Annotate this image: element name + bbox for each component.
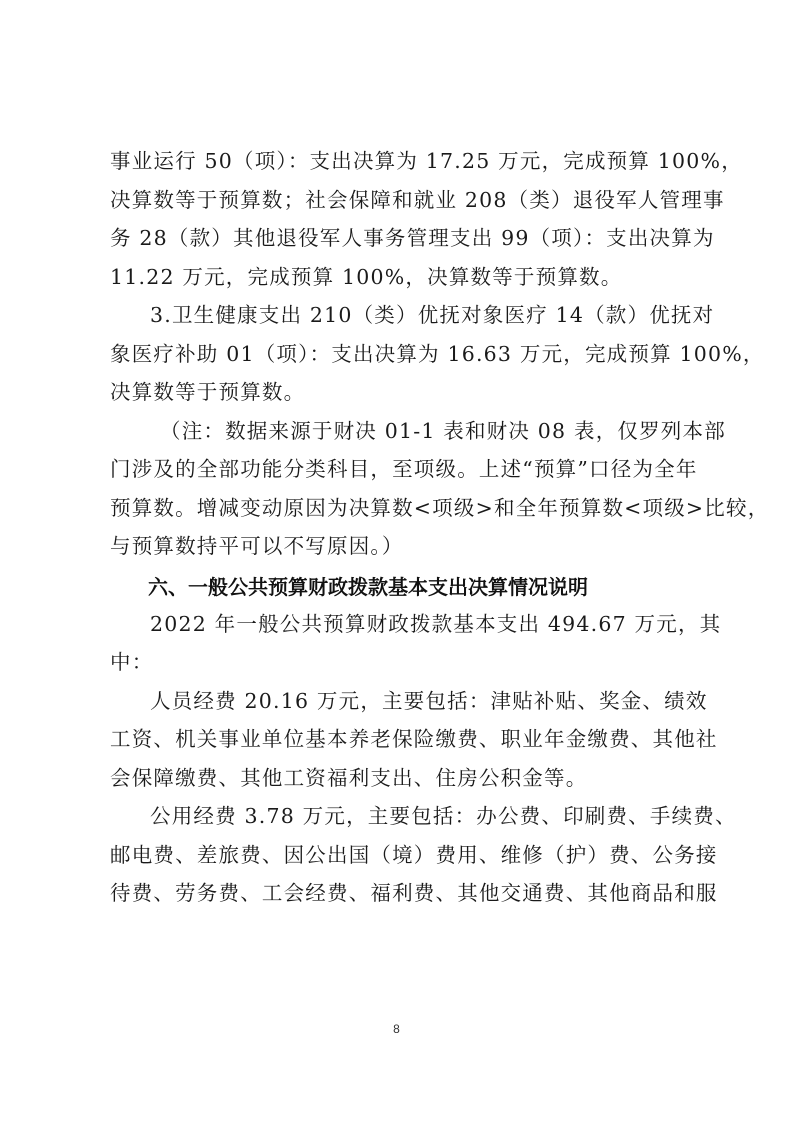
text-line: 公用经费 3.78 万元，主要包括：办公费、印刷费、手续费、 <box>110 797 714 836</box>
page-body: 事业运行 50（项）：支出决算为 17.25 万元，完成预算 100%， 决算数… <box>110 142 714 913</box>
text-line: 决算数等于预算数；社会保障和就业 208（类）退役军人管理事 <box>110 181 714 220</box>
text-line: 决算数等于预算数。 <box>110 373 714 412</box>
paragraph-public-expense: 公用经费 3.78 万元，主要包括：办公费、印刷费、手续费、 邮电费、差旅费、因… <box>110 797 714 913</box>
paragraph-summary: 2022 年一般公共预算财政拨款基本支出 494.67 万元，其 中： <box>110 605 714 682</box>
text-line: 会保障缴费、其他工资福利支出、住房公积金等。 <box>110 759 714 798</box>
document-page: 事业运行 50（项）：支出决算为 17.25 万元，完成预算 100%， 决算数… <box>0 0 793 1122</box>
paragraph-continuation: 事业运行 50（项）：支出决算为 17.25 万元，完成预算 100%， 决算数… <box>110 142 714 296</box>
text-line: 事业运行 50（项）：支出决算为 17.25 万元，完成预算 100%， <box>110 142 714 181</box>
text-line: 邮电费、差旅费、因公出国（境）费用、维修（护）费、公务接 <box>110 836 714 875</box>
text-line: 中： <box>110 643 714 682</box>
text-line: 工资、机关事业单位基本养老保险缴费、职业年金缴费、其他社 <box>110 720 714 759</box>
text-line: 3.卫生健康支出 210（类）优抚对象医疗 14（款）优抚对 <box>110 296 714 335</box>
text-line: 象医疗补助 01（项）：支出决算为 16.63 万元，完成预算 100%， <box>110 335 714 374</box>
text-line: 预算数。增减变动原因为决算数<项级>和全年预算数<项级>比较， <box>110 489 714 528</box>
paragraph-personnel-expense: 人员经费 20.16 万元，主要包括：津贴补贴、奖金、绩效 工资、机关事业单位基… <box>110 682 714 798</box>
paragraph-note: （注：数据来源于财决 01-1 表和财决 08 表，仅罗列本部 门涉及的全部功能… <box>110 412 714 566</box>
text-line: 人员经费 20.16 万元，主要包括：津贴补贴、奖金、绩效 <box>110 682 714 721</box>
text-line: 务 28（款）其他退役军人事务管理支出 99（项）：支出决算为 <box>110 219 714 258</box>
text-line: 待费、劳务费、工会经费、福利费、其他交通费、其他商品和服 <box>110 874 714 913</box>
text-line: 2022 年一般公共预算财政拨款基本支出 494.67 万元，其 <box>110 605 714 644</box>
text-line: 门涉及的全部功能分类科目，至项级。上述“预算”口径为全年 <box>110 450 714 489</box>
page-number: 8 <box>0 1022 793 1036</box>
text-line: 11.22 万元，完成预算 100%，决算数等于预算数。 <box>110 258 714 297</box>
paragraph-health-expense: 3.卫生健康支出 210（类）优抚对象医疗 14（款）优抚对 象医疗补助 01（… <box>110 296 714 412</box>
section-heading: 六、一般公共预算财政拨款基本支出决算情况说明 <box>110 569 714 605</box>
text-line: （注：数据来源于财决 01-1 表和财决 08 表，仅罗列本部 <box>110 412 714 451</box>
text-line: 与预算数持平可以不写原因。） <box>110 527 714 566</box>
